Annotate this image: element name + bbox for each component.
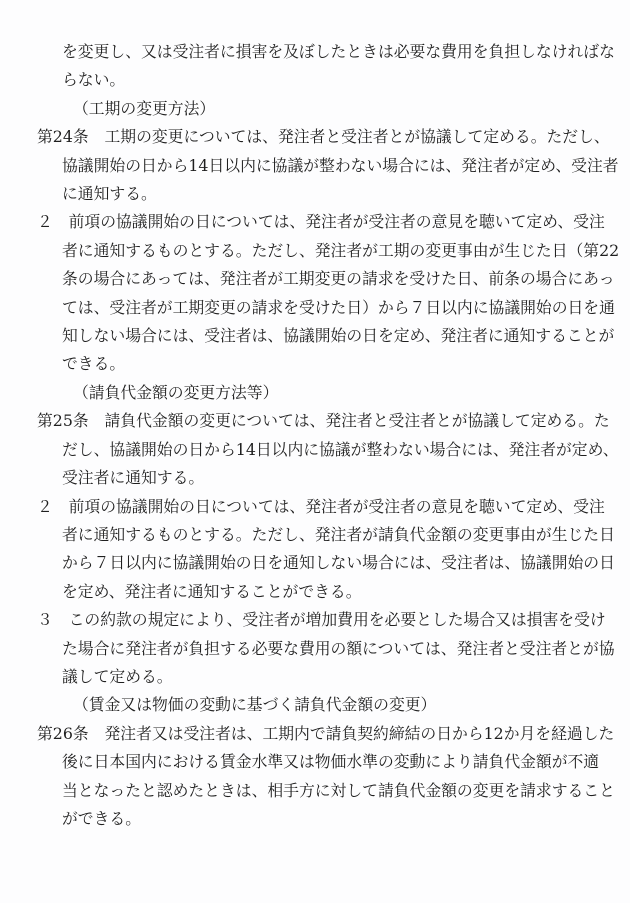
text-line: 受注者に通知する。 xyxy=(0,464,630,492)
text-line: 協議開始の日から14日以内に協議が整わない場合には、発注者が定め、受注者 xyxy=(0,152,630,180)
text-line: た場合に発注者が負担する必要な費用の額については、発注者と受注者とが協 xyxy=(0,635,630,663)
text-line: だし、協議開始の日から14日以内に協議が整わない場合には、発注者が定め、 xyxy=(0,436,630,464)
paragraph-line: ２ 前項の協議開始の日については、発注者が受注者の意見を聴いて定め、受注 xyxy=(0,493,630,521)
text-line: 者に通知するものとする。ただし、発注者が請負代金額の変更事由が生じた日 xyxy=(0,521,630,549)
section-heading: （賃金又は物価の変動に基づく請負代金額の変更） xyxy=(0,691,630,719)
section-heading: （工期の変更方法） xyxy=(0,95,630,123)
paragraph-line: ２ 前項の協議開始の日については、発注者が受注者の意見を聴いて定め、受注 xyxy=(0,208,630,236)
text-line: ては、受注者が工期変更の請求を受けた日）から７日以内に協議開始の日を通 xyxy=(0,294,630,322)
text-line: らない。 xyxy=(0,66,630,94)
text-line: 議して定める。 xyxy=(0,663,630,691)
document-page: を変更し、又は受注者に損害を及ぼしたときは必要な費用を負担しなければな らない。… xyxy=(0,0,630,903)
text-line: 当となったと認めたときは、相手方に対して請負代金額の変更を請求すること xyxy=(0,777,630,805)
text-line: 条の場合にあっては、発注者が工期変更の請求を受けた日、前条の場合にあっ xyxy=(0,265,630,293)
text-line: 者に通知するものとする。ただし、発注者が工期の変更事由が生じた日（第22 xyxy=(0,237,630,265)
text-line: に通知する。 xyxy=(0,180,630,208)
article-line: 第25条 請負代金額の変更については、発注者と受注者とが協議して定める。た xyxy=(0,407,630,435)
text-line: 後に日本国内における賃金水準又は物価水準の変動により請負代金額が不適 xyxy=(0,748,630,776)
text-line: できる。 xyxy=(0,350,630,378)
paragraph-line: ３ この約款の規定により、受注者が増加費用を必要とした場合又は損害を受け xyxy=(0,606,630,634)
text-line: 知しない場合には、受注者は、協議開始の日を定め、発注者に通知することが xyxy=(0,322,630,350)
text-line: を定め、発注者に通知することができる。 xyxy=(0,578,630,606)
text-line: を変更し、又は受注者に損害を及ぼしたときは必要な費用を負担しなければな xyxy=(0,38,630,66)
section-heading: （請負代金額の変更方法等） xyxy=(0,379,630,407)
document-body: を変更し、又は受注者に損害を及ぼしたときは必要な費用を負担しなければな らない。… xyxy=(0,38,630,833)
text-line: から７日以内に協議開始の日を通知しない場合には、受注者は、協議開始の日 xyxy=(0,549,630,577)
article-line: 第24条 工期の変更については、発注者と受注者とが協議して定める。ただし、 xyxy=(0,123,630,151)
text-line: ができる。 xyxy=(0,805,630,833)
article-line: 第26条 発注者又は受注者は、工期内で請負契約締結の日から12か月を経過した xyxy=(0,720,630,748)
